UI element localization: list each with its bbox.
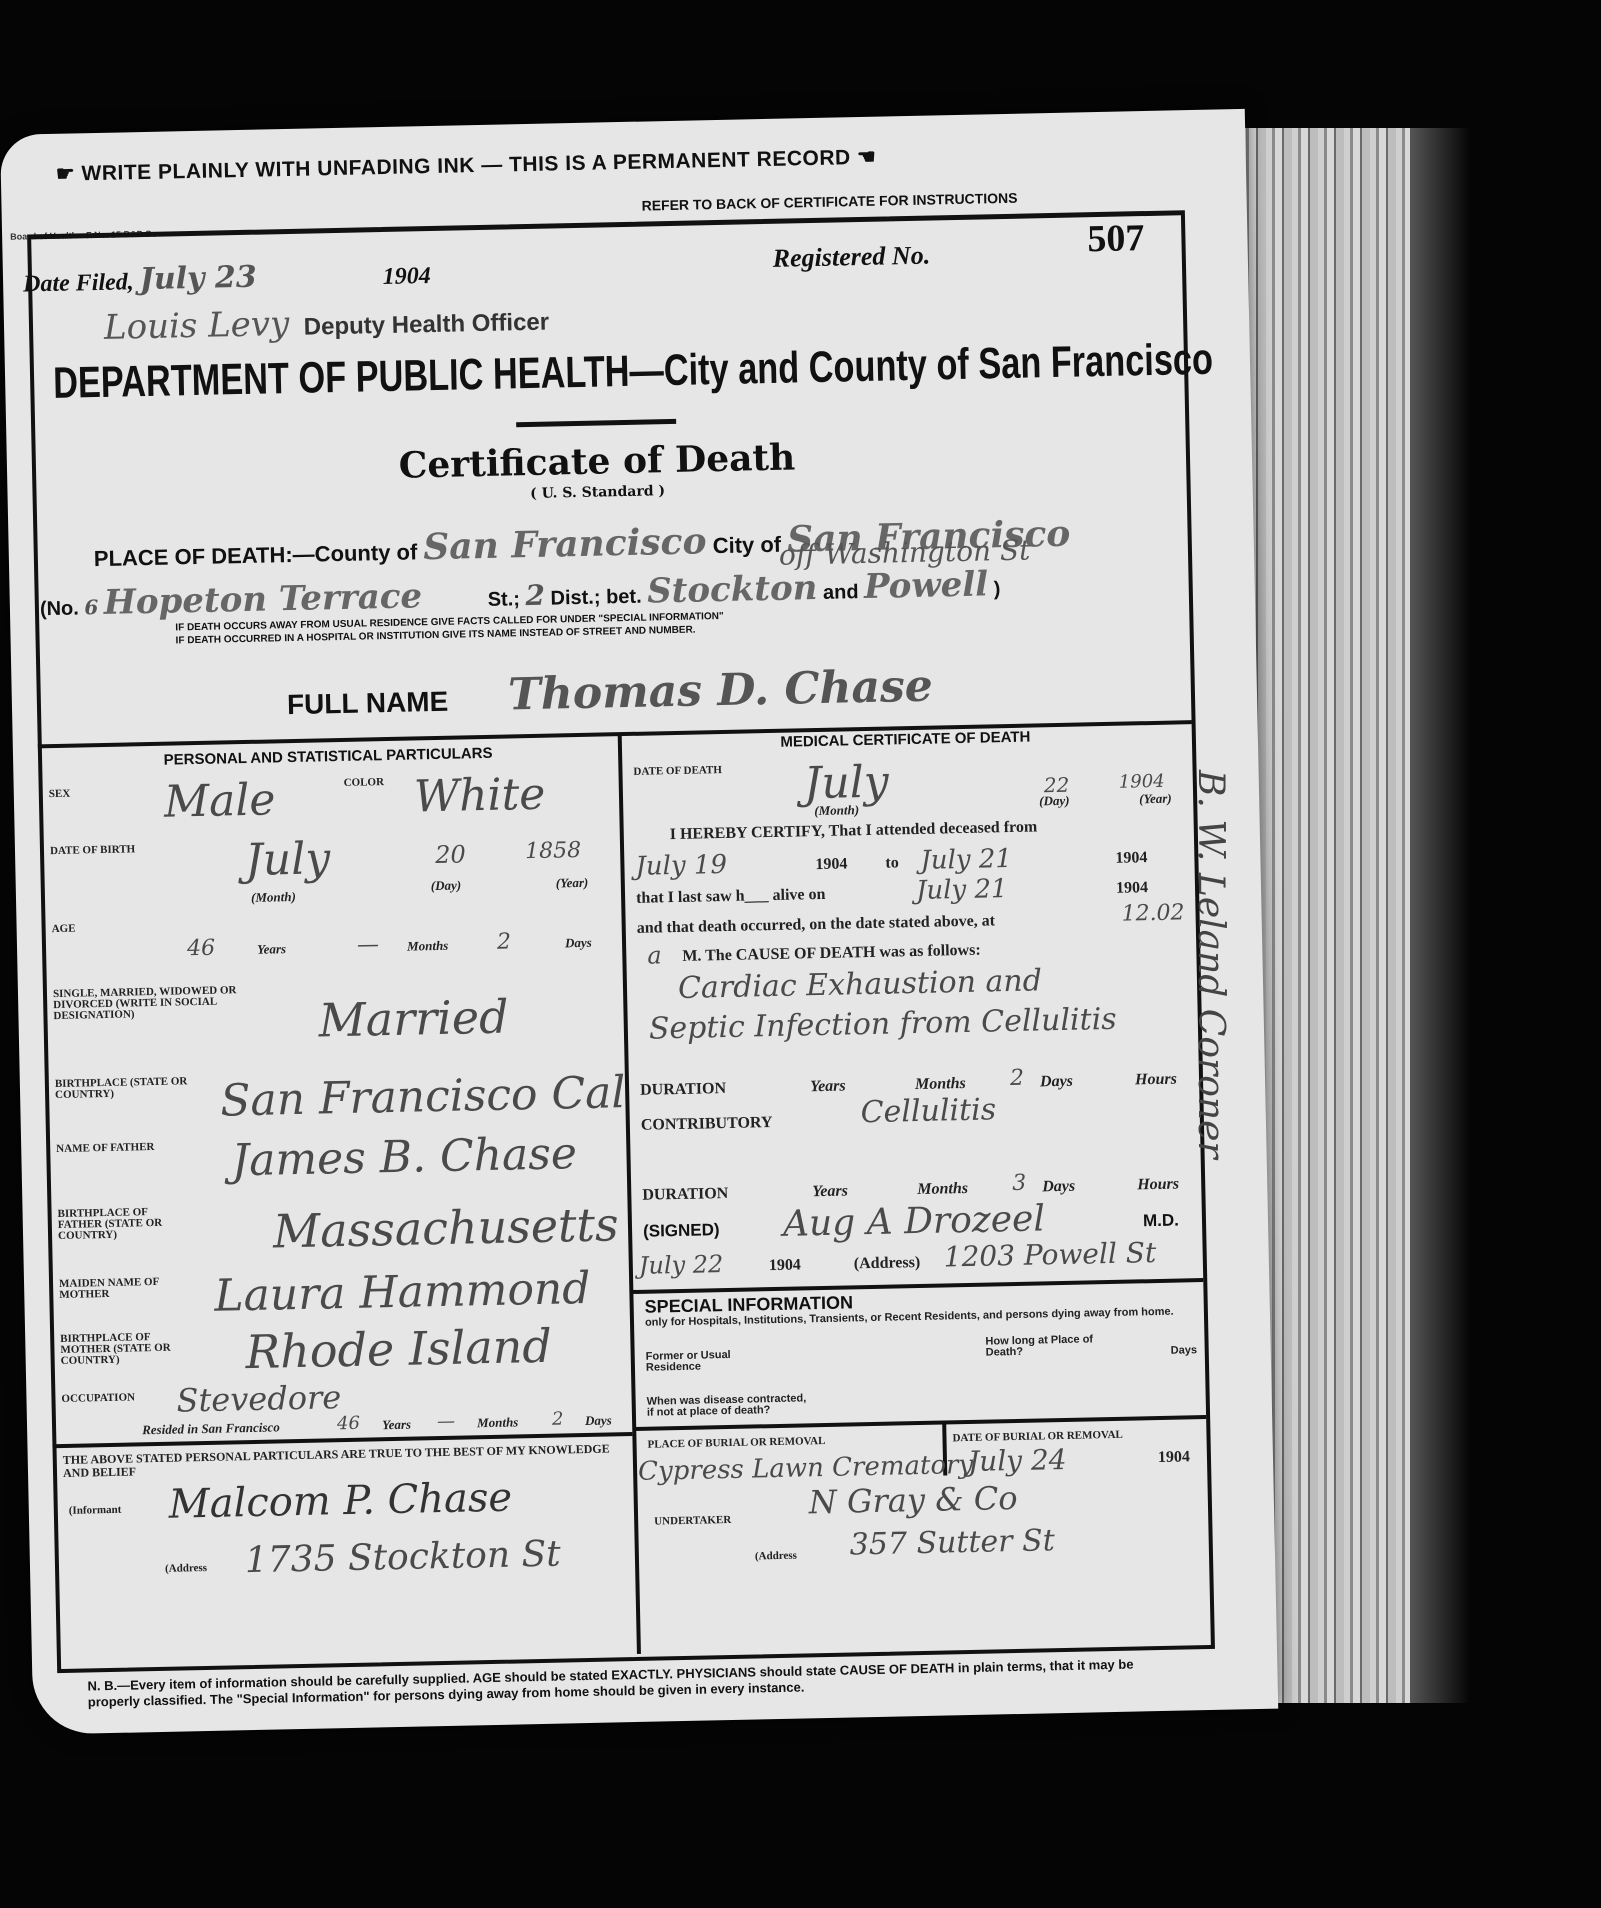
month-caption: (Month) [814, 802, 859, 819]
color-value: White [413, 769, 545, 823]
former-residence-label: Former or Usual Residence [646, 1350, 736, 1374]
marital-label: SINGLE, MARRIED, WIDOWED OR DIVORCED (Wr… [53, 985, 254, 1022]
months-caption: Months [915, 1075, 966, 1094]
contracted-label: When was disease contracted, if not at p… [647, 1393, 807, 1418]
undertaker-address: 357 Sutter St [849, 1523, 1055, 1562]
informant-address: 1735 Stockton St [244, 1534, 561, 1582]
physician-address: 1203 Powell St [943, 1236, 1156, 1273]
duration-1-days: 2 [1010, 1066, 1025, 1091]
attended-to: July 21 [920, 844, 1012, 876]
birthplace-label: BIRTHPLACE (State or Country) [55, 1076, 195, 1101]
burial-date: July 24 [968, 1443, 1067, 1478]
undertaker-label: UNDERTAKER [654, 1515, 731, 1528]
undertaker-value: N Gray & Co [808, 1479, 1018, 1521]
attended-from: July 19 [635, 850, 727, 882]
informant-value: Malcom P. Chase [168, 1475, 512, 1528]
registered-number: 507 [1087, 216, 1145, 261]
months-caption: Months [477, 1414, 519, 1431]
years-caption: Years [810, 1078, 846, 1097]
day-caption: (Day) [431, 878, 462, 895]
years-caption: Years [382, 1417, 411, 1434]
informant-label: (Informant [69, 1505, 122, 1517]
mother-value: Laura Hammond [214, 1263, 591, 1322]
contributory-value: Cellulitis [860, 1092, 996, 1130]
birthplace-value: San Francisco Cal [220, 1067, 626, 1126]
signed-date: July 22 [639, 1250, 724, 1280]
days-caption: Days [1042, 1178, 1075, 1197]
resided-label: Resided in San Francisco [142, 1419, 280, 1438]
years-caption: Years [812, 1182, 848, 1201]
father-value: James B. Chase [231, 1128, 577, 1186]
refer-instructions: REFER TO BACK OF CERTIFICATE FOR INSTRUC… [641, 190, 1017, 214]
to-label: to [885, 854, 899, 872]
how-long-label: How long at Place of Death? [985, 1334, 1095, 1358]
months-caption: Months [407, 938, 449, 955]
physician-address-label: (Address) [854, 1254, 921, 1273]
death-certificate-page: ☛ WRITE PLAINLY WITH UNFADING INK — THIS… [0, 109, 1278, 1735]
meridian: a [647, 941, 662, 969]
dod-month: July [803, 757, 889, 810]
dob-year: 1858 [525, 838, 582, 864]
last-saw-year: 1904 [1116, 879, 1148, 898]
years-caption: Years [257, 941, 286, 958]
banner: ☛ WRITE PLAINLY WITH UNFADING INK — THIS… [56, 145, 877, 187]
dod-year: 1904 [1119, 771, 1165, 793]
days-caption: Days [565, 935, 592, 952]
marital-value: Married [318, 990, 509, 1048]
sex-value: Male [163, 774, 275, 827]
mother-birthplace-label: BIRTHPLACE OF MOTHER (State or Country) [60, 1331, 191, 1367]
last-saw-value: July 21 [916, 874, 1008, 906]
hours-caption: Hours [1137, 1176, 1179, 1195]
from-year: 1904 [815, 855, 847, 874]
age-years: 46 [187, 936, 216, 962]
hours-caption: Hours [1135, 1071, 1177, 1090]
father-birthplace-value: Massachusetts [272, 1197, 619, 1258]
dob-label: DATE OF BIRTH [50, 844, 135, 857]
informant-address-label: (Address [165, 1563, 207, 1575]
death-time: 12.02 [1121, 900, 1184, 926]
days-caption: Days [1171, 1345, 1198, 1357]
signed-label: (SIGNED) [643, 1220, 720, 1242]
year-caption: (Year) [556, 875, 589, 892]
sex-label: SEX [49, 789, 71, 800]
age-days: 2 [497, 929, 512, 954]
year-caption: (Year) [1139, 791, 1172, 808]
undertaker-address-label: (Address [755, 1551, 797, 1563]
mother-birthplace-value: Rhode Island [245, 1319, 552, 1379]
physician-signature: Aug A Drozeel [783, 1198, 1046, 1244]
dob-month: July [245, 833, 331, 886]
resided-years: 46 [337, 1413, 360, 1434]
contributory-label: CONTRIBUTORY [641, 1114, 773, 1135]
father-birthplace-label: BIRTHPLACE OF FATHER (State or Country) [58, 1206, 189, 1242]
duration-2-days: 3 [1012, 1171, 1027, 1196]
day-caption: (Day) [1039, 793, 1070, 810]
days-caption: Days [585, 1412, 612, 1429]
color-label: COLOR [344, 777, 385, 789]
registered-label: Registered No. [772, 241, 930, 274]
father-label: NAME OF FATHER [56, 1142, 156, 1155]
occupation-label: OCCUPATION [61, 1392, 135, 1405]
days-caption: Days [1040, 1073, 1073, 1092]
coroner-margin-note: B. W. Leland Coroner [1190, 770, 1231, 1159]
to-year: 1904 [1115, 849, 1147, 868]
dob-day: 20 [435, 840, 466, 869]
month-caption: (Month) [251, 889, 296, 906]
mother-label: MAIDEN NAME OF MOTHER [59, 1276, 189, 1301]
occupation-value: Stevedore [176, 1378, 341, 1419]
dod-label: DATE OF DEATH [633, 765, 722, 778]
months-caption: Months [917, 1180, 968, 1199]
signed-year: 1904 [769, 1256, 801, 1275]
resided-months: — [437, 1411, 455, 1432]
burial-year: 1904 [1158, 1448, 1190, 1467]
md-label: M.D. [1143, 1211, 1179, 1232]
duration-label: DURATION [640, 1080, 726, 1100]
resided-days: 2 [552, 1408, 564, 1429]
age-months: — [357, 932, 380, 957]
age-label: AGE [52, 924, 76, 935]
duration-label: DURATION [642, 1185, 728, 1205]
